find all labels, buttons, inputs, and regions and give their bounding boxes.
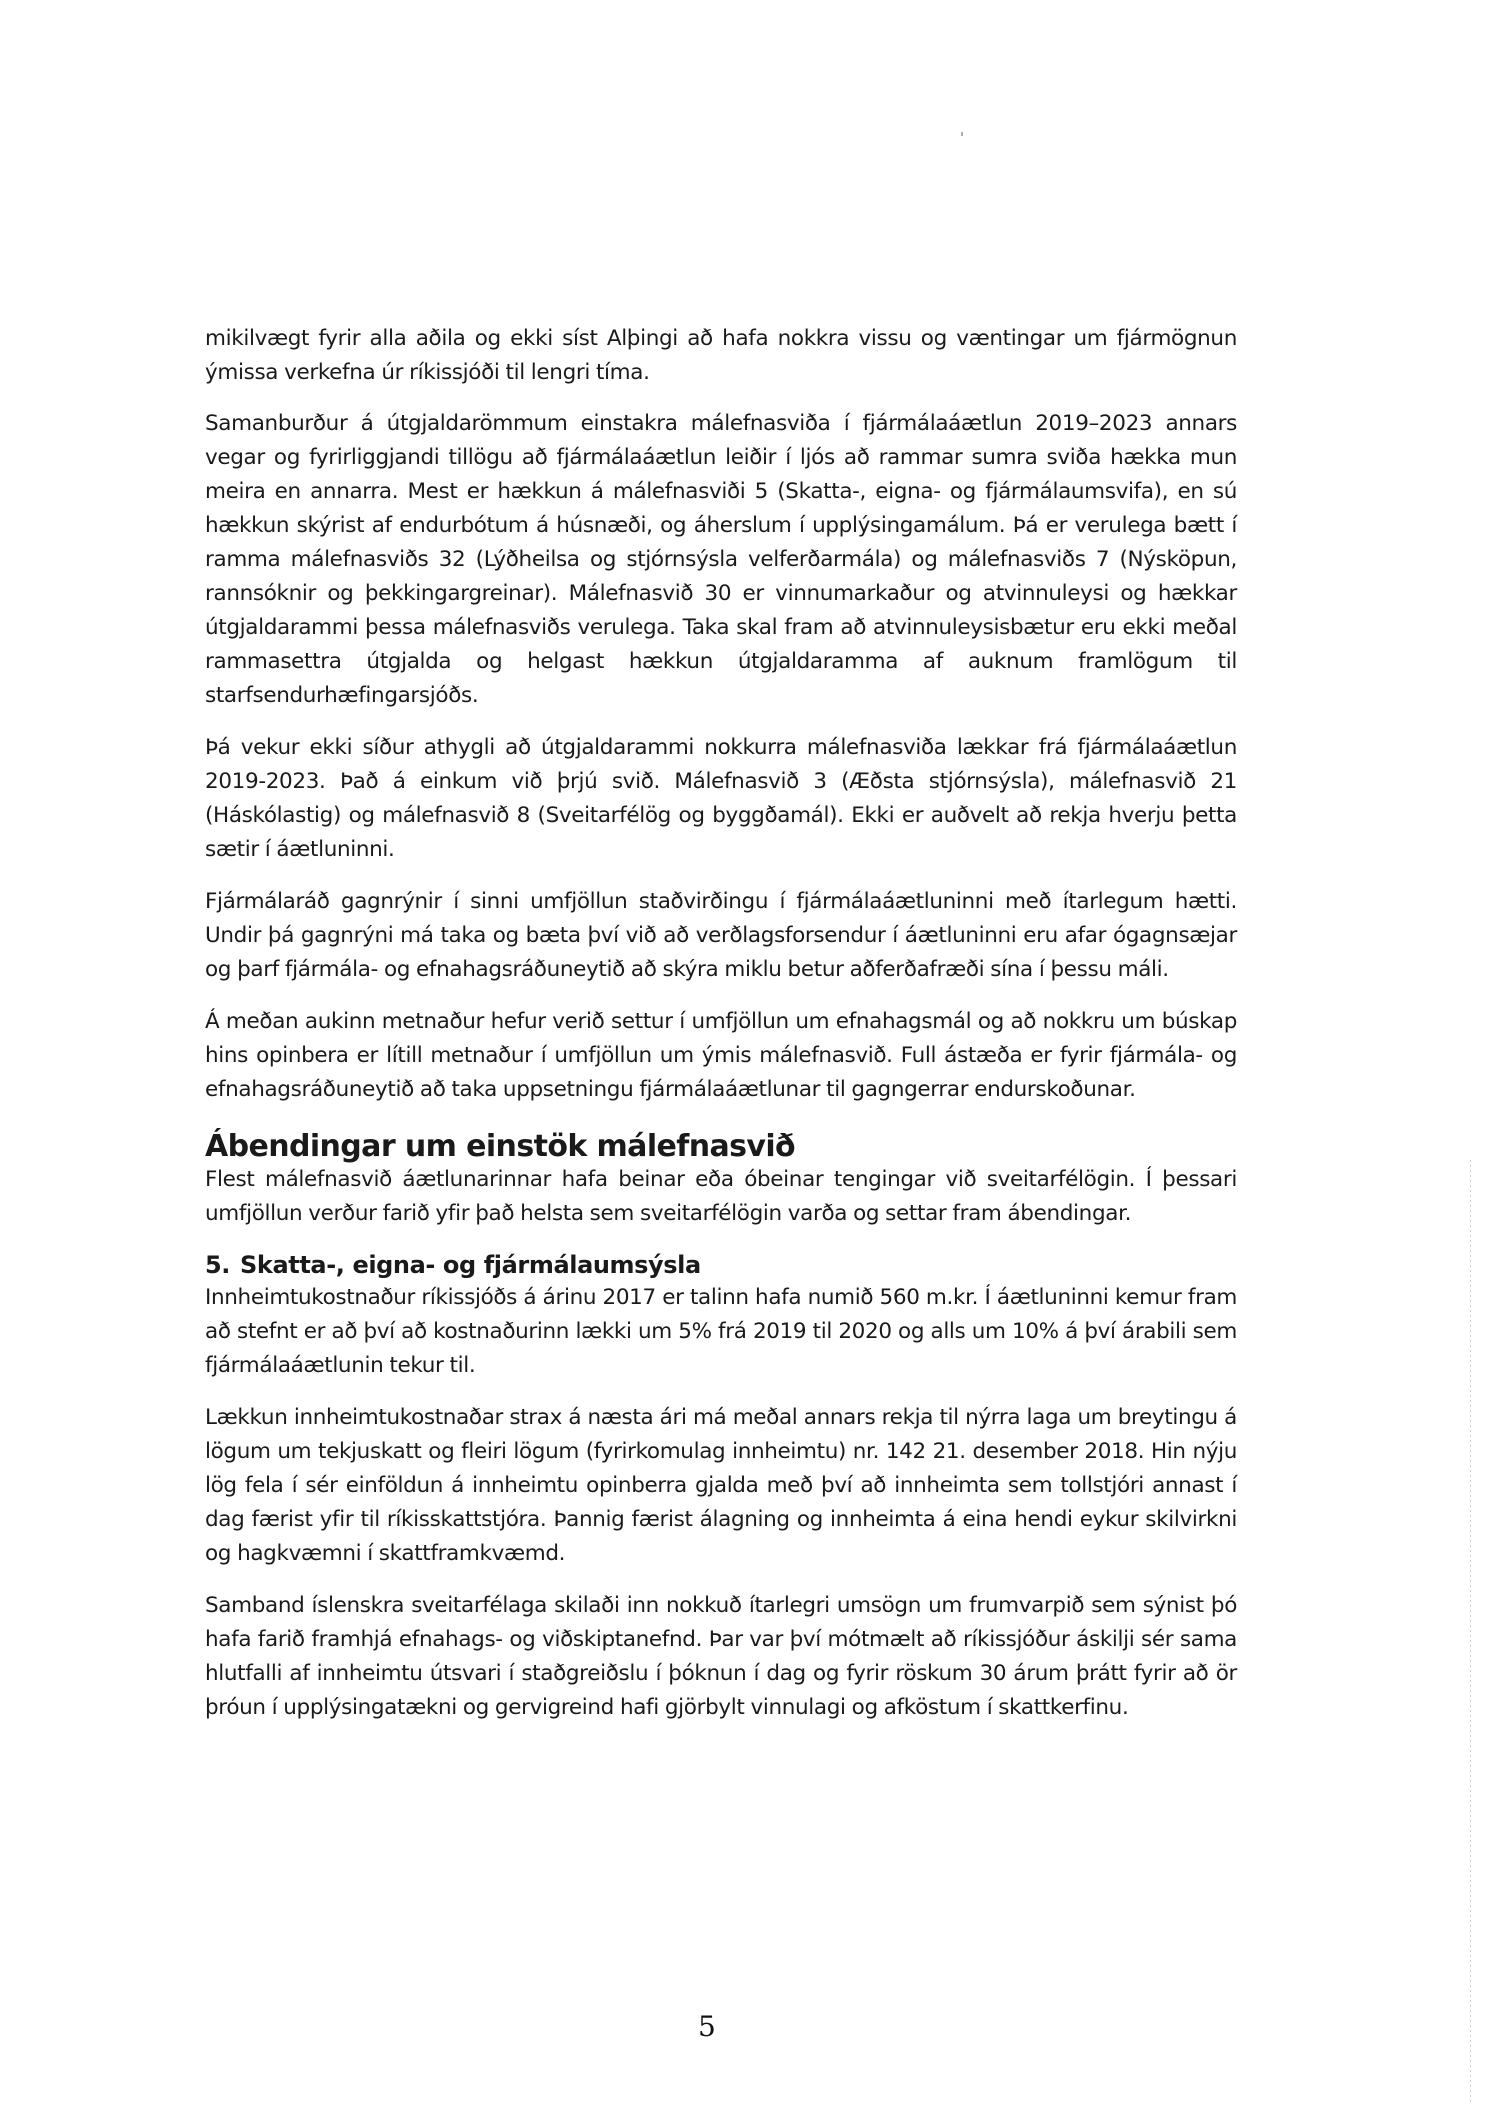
paragraph-continuation: mikilvægt fyrir alla aðila og ekki síst … xyxy=(205,322,1237,390)
paragraph-new-laws: Lækkun innheimtukostnaðar strax á næsta … xyxy=(205,1401,1237,1571)
document-page: mikilvægt fyrir alla aðila og ekki síst … xyxy=(0,0,1500,2122)
paragraph-decrease: Þá vekur ekki síður athygli að útgjaldar… xyxy=(205,731,1237,867)
page-number: 5 xyxy=(698,2010,718,2044)
section-heading: Ábendingar um einstök málefnasvið xyxy=(205,1129,1237,1165)
paragraph-collection-cost: Innheimtukostnaður ríkissjóðs á árinu 20… xyxy=(205,1281,1237,1383)
paragraph-comparison: Samanburður á útgjaldarömmum einstakra m… xyxy=(205,407,1237,713)
scan-edge-line xyxy=(1470,1160,1471,2105)
subsection-number: 5. xyxy=(205,1249,230,1281)
paragraph-ambition: Á meðan aukinn metnaður hefur verið sett… xyxy=(205,1005,1237,1107)
paragraph-association: Samband íslenskra sveitarfélaga skilaði … xyxy=(205,1589,1237,1725)
page-content: mikilvægt fyrir alla aðila og ekki síst … xyxy=(205,322,1237,1743)
scan-speck xyxy=(961,132,963,136)
subsection-heading: 5.Skatta-, eigna- og fjármálaumsýsla xyxy=(205,1249,1237,1281)
subsection-title: Skatta-, eigna- og fjármálaumsýsla xyxy=(240,1251,701,1279)
paragraph-fiscal-council: Fjármálaráð gagnrýnir í sinni umfjöllun … xyxy=(205,885,1237,987)
section-intro: Flest málefnasvið áætlunarinnar hafa bei… xyxy=(205,1163,1237,1231)
